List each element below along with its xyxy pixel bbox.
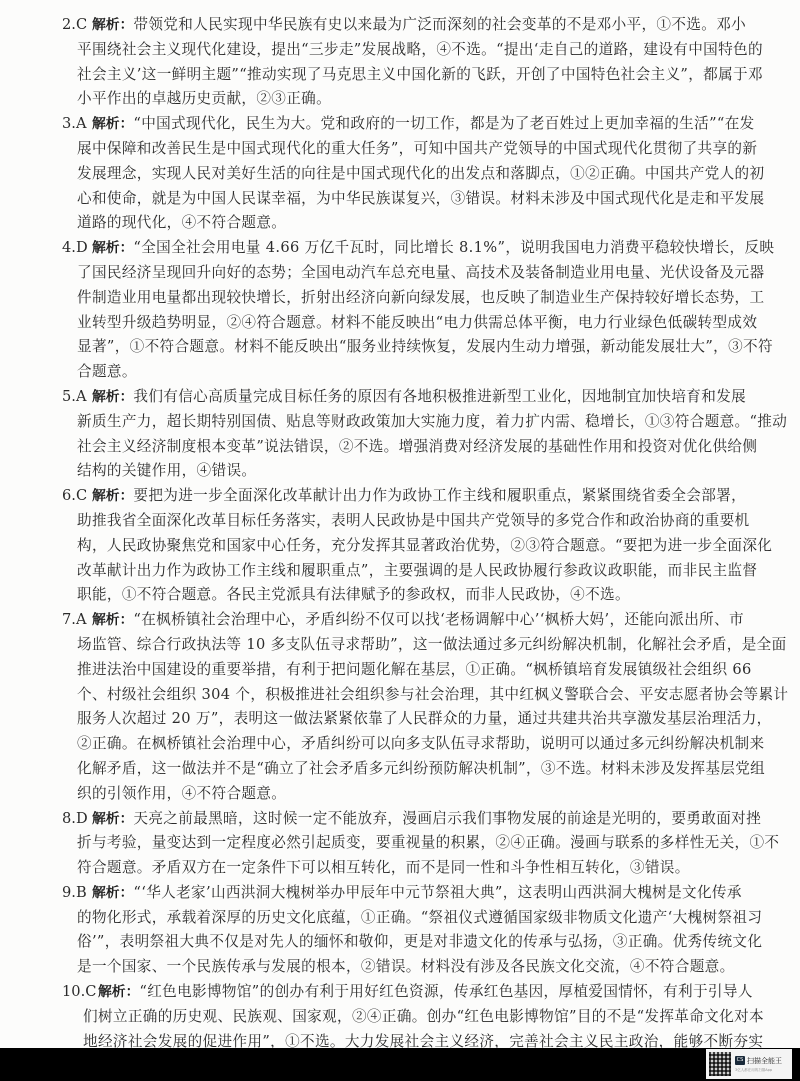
- question-number: 4.: [62, 239, 76, 256]
- explanation-label: 解析: [98, 984, 126, 1000]
- question-number: 10.: [62, 983, 85, 1000]
- question-number-answer: 10.C: [62, 980, 98, 1005]
- bottom-black-bar: [0, 1048, 800, 1081]
- question-number: 2.: [62, 16, 76, 33]
- question-first-line: 7.A解析：“在枫桥镇社会治理中心，矛盾纠纷不仅可以找‘老杨调解中心’‘枫桥大妈…: [62, 608, 742, 633]
- question-line: 符合题意。矛盾双方在一定条件下可以相互转化，而不是同一性和斗争性相互转化，③错误…: [62, 856, 742, 881]
- explanation-text: 道路的现代化，④不符合题意。: [77, 214, 286, 231]
- question-block: 7.A解析：“在枫桥镇社会治理中心，矛盾纠纷不仅可以找‘老杨调解中心’‘枫桥大妈…: [62, 608, 742, 806]
- answer-letter: C: [76, 487, 87, 504]
- question-number: 5.: [62, 388, 76, 405]
- explanation-text: 新质生产力，超长期特别国债、贴息等财政政策加大实施力度，着力扩内需、稳增长，①③…: [77, 413, 787, 430]
- label-colon: ：: [120, 811, 134, 827]
- question-line: 平围绕社会主义现代化建设，提出“三步走”发展战略，④不选。“提出‘走自己的道路，…: [62, 38, 742, 63]
- explanation-label: 解析: [92, 811, 120, 827]
- question-line: 织的引领作用，④不符合题意。: [62, 782, 742, 807]
- explanation-text: “‘华人老家’山西洪洞大槐树举办甲辰年中元节祭祖大典”，这表明山西洪洞大槐树是文…: [133, 884, 741, 901]
- question-line: 场监管、综合行政执法等 10 多支队伍寻求帮助”，这一做法通过多元纠纷解决机制，…: [62, 633, 742, 658]
- explanation-text: 场监管、综合行政执法等 10 多支队伍寻求帮助”，这一做法通过多元纠纷解决机制，…: [77, 636, 787, 653]
- explanation-label: 解析: [92, 612, 120, 628]
- label-colon: ：: [120, 17, 134, 33]
- label-colon: ：: [120, 488, 134, 504]
- question-first-line: 4.D解析：“全国全社会用电量 4.66 万亿千瓦时，同比增长 8.1%”，说明…: [62, 236, 742, 261]
- label-colon: ：: [120, 116, 134, 132]
- question-number: 6.: [62, 487, 76, 504]
- explanation-text: “红色电影博物馆”的创办有利于用好红色资源，传承红色基因，厚植爱国情怀，有利于引…: [139, 983, 752, 1000]
- question-line: 业转型升级趋势明显，②④符合题意。材料不能反映出“电力供需总体平衡，电力行业绿色…: [62, 311, 742, 336]
- explanation-text: 社会主义’这一鲜明主题”“推动实现了马克思主义中国化新的飞跃，开创了中国特色社会…: [77, 66, 763, 83]
- question-line: 服务人次超过 20 万”，表明这一做法紧紧依靠了人民群众的力量，通过共建共治共享…: [62, 707, 742, 732]
- explanation-text: 了国民经济呈现回升向好的态势；全国电动汽车总充电量、高技术及装备制造业用电量、光…: [77, 264, 764, 281]
- explanation-text: 小平作出的卓越历史贡献，②③正确。: [77, 90, 331, 107]
- explanation-text: 服务人次超过 20 万”，表明这一做法紧紧依靠了人民群众的力量，通过共建共治共享…: [77, 710, 772, 727]
- question-line: 件制造业用电量都出现较快增长，折射出经济向新向绿发展，也反映了制造业生产保持较好…: [62, 286, 742, 311]
- explanation-text: “中国式现代化，民生为大。党和政府的一切工作，都是为了老百姓过上更加幸福的生活”…: [133, 115, 754, 132]
- explanation-text: 折与考验，量变达到一定程度必然引起质变，要重视量的积累，②④正确。漫画与联系的多…: [77, 834, 779, 851]
- explanation-text: 社会主义经济制度根本变革”说法错误，②不选。增强消费对经济发展的基础性作用和投资…: [77, 438, 757, 455]
- question-block: 2.C解析：带领党和人民实现中华民族有史以来最为广泛而深刻的社会变革的不是邓小平…: [62, 13, 742, 112]
- explanation-label: 解析: [92, 488, 120, 504]
- question-number-answer: 8.D: [62, 807, 92, 832]
- explanation-text: 要把为进一步全面深化改革献计出力作为政协工作主线和履职重点，紧紧围绕省委全会部署…: [133, 487, 746, 504]
- explanation-text: 结构的关键作用，④错误。: [77, 462, 256, 479]
- question-number-answer: 2.C: [62, 13, 92, 38]
- question-line: 个、村级社会组织 304 个，积极推进社会组织参与社会治理，其中红枫义警联合会、…: [62, 683, 742, 708]
- camscanner-watermark: CS 扫描全能王 3亿人都在用的扫描App: [706, 1049, 792, 1079]
- question-line: 小平作出的卓越历史贡献，②③正确。: [62, 87, 742, 112]
- explanation-text: 显著”，①不符合题意。材料不能反映出“服务业持续恢复，发展内生动力增强，新动能发…: [77, 338, 773, 355]
- watermark-text: CS 扫描全能王 3亿人都在用的扫描App: [735, 1056, 782, 1073]
- question-first-line: 3.A解析：“中国式现代化，民生为大。党和政府的一切工作，都是为了老百姓过上更加…: [62, 112, 742, 137]
- explanation-text: 个、村级社会组织 304 个，积极推进社会组织参与社会治理，其中红枫义警联合会、…: [77, 686, 788, 703]
- question-line: 社会主义经济制度根本变革”说法错误，②不选。增强消费对经济发展的基础性作用和投资…: [62, 435, 742, 460]
- question-number: 7.: [62, 611, 76, 628]
- label-colon: ：: [120, 240, 134, 256]
- question-line: 了国民经济呈现回升向好的态势；全国电动汽车总充电量、高技术及装备制造业用电量、光…: [62, 261, 742, 286]
- watermark-brand-name: 扫描全能王: [747, 1056, 782, 1066]
- question-first-line: 2.C解析：带领党和人民实现中华民族有史以来最为广泛而深刻的社会变革的不是邓小平…: [62, 13, 742, 38]
- explanation-text: 俗’”，表明祭祖大典不仅是对先人的缅怀和敬仰，更是对非遗文化的传承与弘扬，③正确…: [77, 933, 762, 950]
- question-block: 6.C解析：要把为进一步全面深化改革献计出力作为政协工作主线和履职重点，紧紧围绕…: [62, 484, 742, 608]
- scanned-page: 2.C解析：带领党和人民实现中华民族有史以来最为广泛而深刻的社会变革的不是邓小平…: [0, 0, 800, 1048]
- question-line: ②正确。在枫桥镇社会治理中心，矛盾纠纷可以向多支队伍寻求帮助，说明可以通过多元纠…: [62, 732, 742, 757]
- explanation-text: “全国全社会用电量 4.66 万亿千瓦时，同比增长 8.1%”，说明我国电力消费…: [133, 239, 774, 256]
- answer-letter: D: [76, 239, 88, 256]
- question-line: 的物化形式，承载着深厚的历史文化底蕴，①正确。“祭祖仪式遵循国家级非物质文化遗产…: [62, 906, 742, 931]
- explanation-text: 平围绕社会主义现代化建设，提出“三步走”发展战略，④不选。“提出‘走自己的道路，…: [77, 41, 763, 58]
- question-line: 结构的关键作用，④错误。: [62, 459, 742, 484]
- question-line: 构，人民政协聚焦党和国家中心任务，充分发挥其显著政治优势，②③符合题意。“要把为…: [62, 534, 742, 559]
- question-line: 展中保障和改善民生是中国式现代化的重大任务”，可知中国共产党领导的中国式现代化贯…: [62, 137, 742, 162]
- explanation-text: “在枫桥镇社会治理中心，矛盾纠纷不仅可以找‘老杨调解中心’‘枫桥大妈’，还能向派…: [133, 611, 744, 628]
- label-colon: ：: [126, 984, 140, 1000]
- question-line: 发展理念，实现人民对美好生活的向往是中国式现代化的出发点和落脚点，①②正确。中国…: [62, 162, 742, 187]
- explanation-text: 天亮之前最黑暗，这时候一定不能放弃，漫画启示我们事物发展的前途是光明的，要勇敢面…: [133, 810, 761, 827]
- question-number: 3.: [62, 115, 76, 132]
- question-first-line: 5.A解析：我们有信心高质量完成目标任务的原因有各地积极推进新型工业化，因地制宜…: [62, 385, 742, 410]
- question-line: 显著”，①不符合题意。材料不能反映出“服务业持续恢复，发展内生动力增强，新动能发…: [62, 335, 742, 360]
- explanation-text: 发展理念，实现人民对美好生活的向往是中国式现代化的出发点和落脚点，①②正确。中国…: [77, 165, 764, 182]
- explanation-text: 是一个国家、一个民族传承与发展的根本，②错误。材料没有涉及各民族文化交流，④不符…: [77, 958, 735, 975]
- question-block: 9.B解析：“‘华人老家’山西洪洞大槐树举办甲辰年中元节祭祖大典”，这表明山西洪…: [62, 881, 742, 980]
- question-line: 职能，①不符合题意。各民主党派具有法律赋予的参政权，而非人民政协，④不选。: [62, 583, 742, 608]
- question-number: 8.: [62, 810, 76, 827]
- label-colon: ：: [120, 885, 134, 901]
- question-number-answer: 3.A: [62, 112, 92, 137]
- explanation-text: 件制造业用电量都出现较快增长，折射出经济向新向绿发展，也反映了制造业生产保持较好…: [77, 289, 764, 306]
- label-colon: ：: [120, 612, 134, 628]
- question-block: 4.D解析：“全国全社会用电量 4.66 万亿千瓦时，同比增长 8.1%”，说明…: [62, 236, 742, 385]
- question-number-answer: 5.A: [62, 385, 92, 410]
- question-line: 推进法治中国建设的重要举措，有利于把问题化解在基层，①正确。“枫桥镇培育发展镇级…: [62, 658, 742, 683]
- explanation-text: 带领党和人民实现中华民族有史以来最为广泛而深刻的社会变革的不是邓小平，①不选。邓…: [133, 16, 746, 33]
- question-block: 8.D解析：天亮之前最黑暗，这时候一定不能放弃，漫画启示我们事物发展的前途是光明…: [62, 807, 742, 881]
- cs-logo-icon: CS: [735, 1056, 745, 1065]
- explanation-text: 符合题意。矛盾双方在一定条件下可以相互转化，而不是同一性和斗争性相互转化，③错误…: [77, 859, 690, 876]
- explanation-text: 合题意。: [77, 363, 137, 380]
- question-first-line: 10.C解析：“红色电影博物馆”的创办有利于用好红色资源，传承红色基因，厚植爱国…: [62, 980, 742, 1005]
- question-first-line: 8.D解析：天亮之前最黑暗，这时候一定不能放弃，漫画启示我们事物发展的前途是光明…: [62, 807, 742, 832]
- answer-letter: B: [76, 884, 87, 901]
- question-line: 改革献计出力作为政协工作主线和履职重点”，主要强调的是人民政协履行参政议政职能，…: [62, 559, 742, 584]
- question-number-answer: 6.C: [62, 484, 92, 509]
- explanation-text: 业转型升级趋势明显，②④符合题意。材料不能反映出“电力供需总体平衡，电力行业绿色…: [77, 314, 757, 331]
- question-line: 助推我省全面深化改革目标任务落实，表明人民政协是中国共产党领导的多党合作和政治协…: [62, 509, 742, 534]
- explanation-text: 的物化形式，承载着深厚的历史文化底蕴，①正确。“祭祖仪式遵循国家级非物质文化遗产…: [77, 909, 762, 926]
- question-line: 道路的现代化，④不符合题意。: [62, 211, 742, 236]
- question-line: 心和使命，就是为中国人民谋幸福，为中华民族谋复兴，③错误。材料未涉及中国式现代化…: [62, 187, 742, 212]
- explanation-label: 解析: [92, 389, 120, 405]
- label-colon: ：: [120, 389, 134, 405]
- explanation-label: 解析: [92, 885, 120, 901]
- question-line: 是一个国家、一个民族传承与发展的根本，②错误。材料没有涉及各民族文化交流，④不符…: [62, 955, 742, 980]
- explanation-text: 织的引领作用，④不符合题意。: [77, 785, 286, 802]
- explanation-text: 展中保障和改善民生是中国式现代化的重大任务”，可知中国共产党领导的中国式现代化贯…: [77, 140, 757, 157]
- question-first-line: 9.B解析：“‘华人老家’山西洪洞大槐树举办甲辰年中元节祭祖大典”，这表明山西洪…: [62, 881, 742, 906]
- explanation-text: 我们有信心高质量完成目标任务的原因有各地积极推进新型工业化，因地制宜加快培育和发…: [133, 388, 746, 405]
- explanation-text: 推进法治中国建设的重要举措，有利于把问题化解在基层，①正确。“枫桥镇培育发展镇级…: [77, 661, 752, 678]
- question-number-answer: 7.A: [62, 608, 92, 633]
- answer-letter: D: [76, 810, 88, 827]
- explanation-text: 职能，①不符合题意。各民主党派具有法律赋予的参政权，而非人民政协，④不选。: [77, 586, 630, 603]
- question-line: 合题意。: [62, 360, 742, 385]
- answer-explanations: 2.C解析：带领党和人民实现中华民族有史以来最为广泛而深刻的社会变革的不是邓小平…: [62, 13, 742, 1054]
- question-block: 10.C解析：“红色电影博物馆”的创办有利于用好红色资源，传承红色基因，厚植爱国…: [62, 980, 742, 1054]
- explanation-text: 们树立正确的历史观、民族观、国家观，②④正确。创办“红色电影博物馆”目的不是“发…: [83, 1008, 764, 1025]
- question-line: 化解矛盾，这一做法并不是“确立了社会矛盾多元纠纷预防解决机制”，③不选。材料未涉…: [62, 757, 742, 782]
- explanation-label: 解析: [92, 17, 120, 33]
- explanation-text: 化解矛盾，这一做法并不是“确立了社会矛盾多元纠纷预防解决机制”，③不选。材料未涉…: [77, 760, 765, 777]
- question-line: 们树立正确的历史观、民族观、国家观，②④正确。创办“红色电影博物馆”目的不是“发…: [62, 1005, 742, 1030]
- answer-letter: C: [85, 983, 96, 1000]
- question-line: 新质生产力，超长期特别国债、贴息等财政政策加大实施力度，着力扩内需、稳增长，①③…: [62, 410, 742, 435]
- question-block: 5.A解析：我们有信心高质量完成目标任务的原因有各地积极推进新型工业化，因地制宜…: [62, 385, 742, 484]
- question-number-answer: 4.D: [62, 236, 92, 261]
- explanation-label: 解析: [92, 116, 120, 132]
- answer-letter: A: [76, 611, 87, 628]
- watermark-brand: CS 扫描全能王: [735, 1056, 782, 1066]
- question-block: 3.A解析：“中国式现代化，民生为大。党和政府的一切工作，都是为了老百姓过上更加…: [62, 112, 742, 236]
- explanation-text: 改革献计出力作为政协工作主线和履职重点”，主要强调的是人民政协履行参政议政职能，…: [77, 562, 757, 579]
- watermark-subtitle: 3亿人都在用的扫描App: [735, 1068, 782, 1073]
- question-line: 折与考验，量变达到一定程度必然引起质变，要重视量的积累，②④正确。漫画与联系的多…: [62, 831, 742, 856]
- explanation-text: 心和使命，就是为中国人民谋幸福，为中华民族谋复兴，③错误。材料未涉及中国式现代化…: [77, 190, 764, 207]
- question-number-answer: 9.B: [62, 881, 92, 906]
- question-first-line: 6.C解析：要把为进一步全面深化改革献计出力作为政协工作主线和履职重点，紧紧围绕…: [62, 484, 742, 509]
- question-line: 俗’”，表明祭祖大典不仅是对先人的缅怀和敬仰，更是对非遗文化的传承与弘扬，③正确…: [62, 930, 742, 955]
- explanation-text: 构，人民政协聚焦党和国家中心任务，充分发挥其显著政治优势，②③符合题意。“要把为…: [77, 537, 772, 554]
- explanation-label: 解析: [92, 240, 120, 256]
- explanation-text: 助推我省全面深化改革目标任务落实，表明人民政协是中国共产党领导的多党合作和政治协…: [77, 512, 749, 529]
- question-number: 9.: [62, 884, 76, 901]
- answer-letter: C: [76, 16, 87, 33]
- explanation-text: ②正确。在枫桥镇社会治理中心，矛盾纠纷可以向多支队伍寻求帮助，说明可以通过多元纠…: [77, 735, 764, 752]
- question-line: 社会主义’这一鲜明主题”“推动实现了马克思主义中国化新的飞跃，开创了中国特色社会…: [62, 63, 742, 88]
- answer-letter: A: [76, 388, 87, 405]
- answer-letter: A: [76, 115, 87, 132]
- qr-code-icon: [709, 1052, 731, 1076]
